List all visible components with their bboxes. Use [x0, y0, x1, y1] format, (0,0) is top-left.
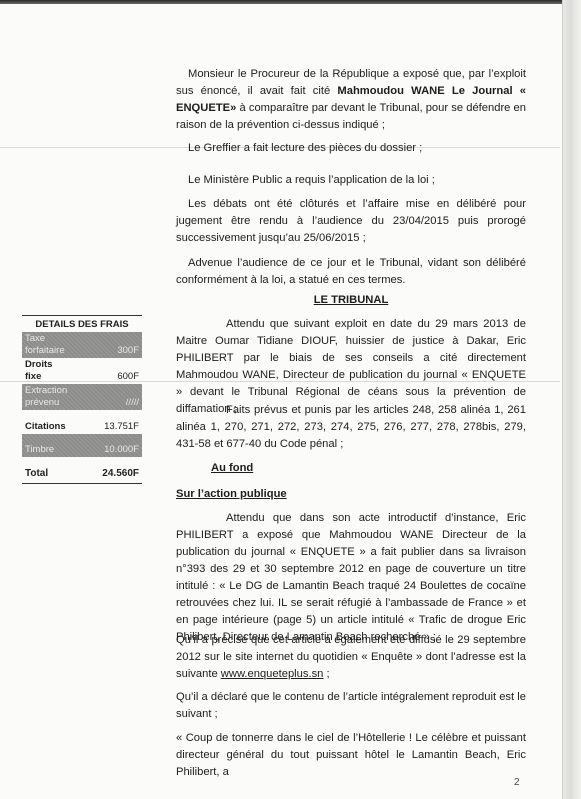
- page-number: 2: [514, 777, 520, 788]
- paragraph-debats: Les débats ont été clôturés et l’affaire…: [176, 196, 526, 247]
- fees-total-row: Total 24.560F: [22, 467, 142, 484]
- text-span: ;: [323, 668, 329, 680]
- fees-row-value: /////: [126, 397, 139, 409]
- paragraph-ministere-public: Le Ministère Public a requis l’applicati…: [176, 172, 526, 189]
- fees-row-value: 13.751F: [104, 421, 139, 433]
- fees-row: Citations 13.751F: [22, 420, 142, 434]
- fees-row-value: 600F: [117, 371, 139, 383]
- heading-action-publique: Sur l’action publique: [176, 486, 287, 503]
- fees-total-value: 24.560F: [102, 468, 139, 480]
- fees-row: Timbre 10.000F: [22, 434, 142, 457]
- fees-row-label: Taxe forfaitaire: [25, 333, 65, 357]
- heading-au-fond: Au fond: [211, 460, 253, 477]
- fees-table: DETAILS DES FRAIS Taxe forfaitaire 300F …: [22, 315, 142, 484]
- fees-row: Taxe forfaitaire 300F: [22, 332, 142, 358]
- fees-table-title: DETAILS DES FRAIS: [22, 319, 142, 330]
- paragraph-article-quote: « Coup de tonnerre dans le ciel de l’Hôt…: [176, 730, 526, 781]
- fees-row: Droits fixe 600F: [22, 358, 142, 384]
- paragraph-procureur: Monsieur le Procureur de la République a…: [176, 66, 526, 134]
- fees-row-label: Extraction prévenu: [25, 385, 67, 409]
- scan-top-edge: [0, 0, 581, 4]
- fees-row-label: Droits fixe: [25, 359, 52, 383]
- paragraph-contenu-article: Qu’il a déclaré que le contenu de l’arti…: [176, 689, 526, 723]
- paragraph-greffier: Le Greffier a fait lecture des pièces du…: [176, 140, 526, 157]
- paragraph-diffusion-internet: Qu’il a précisé que cet article a égalem…: [176, 632, 526, 683]
- fees-table-top-rule: [22, 315, 142, 316]
- paragraph-acte-introductif: Attendu que dans son acte introductif d’…: [176, 510, 526, 646]
- scan-right-edge: [562, 0, 581, 799]
- fees-row-label: Citations: [25, 421, 66, 433]
- fees-spacer: [22, 410, 142, 420]
- paragraph-faits-prevus: Faits prévus et punis par les articles 2…: [176, 402, 526, 453]
- website-link[interactable]: www.enqueteplus.sn: [221, 668, 324, 680]
- fees-row-value: 300F: [117, 345, 139, 357]
- fees-row: Extraction prévenu /////: [22, 384, 142, 410]
- paragraph-advenue: Advenue l’audience de ce jour et le Trib…: [176, 255, 526, 289]
- fees-total-label: Total: [25, 468, 48, 480]
- fees-row-value: 10.000F: [104, 444, 139, 456]
- heading-le-tribunal: LE TRIBUNAL: [176, 292, 526, 309]
- fees-row-label: Timbre: [25, 444, 54, 456]
